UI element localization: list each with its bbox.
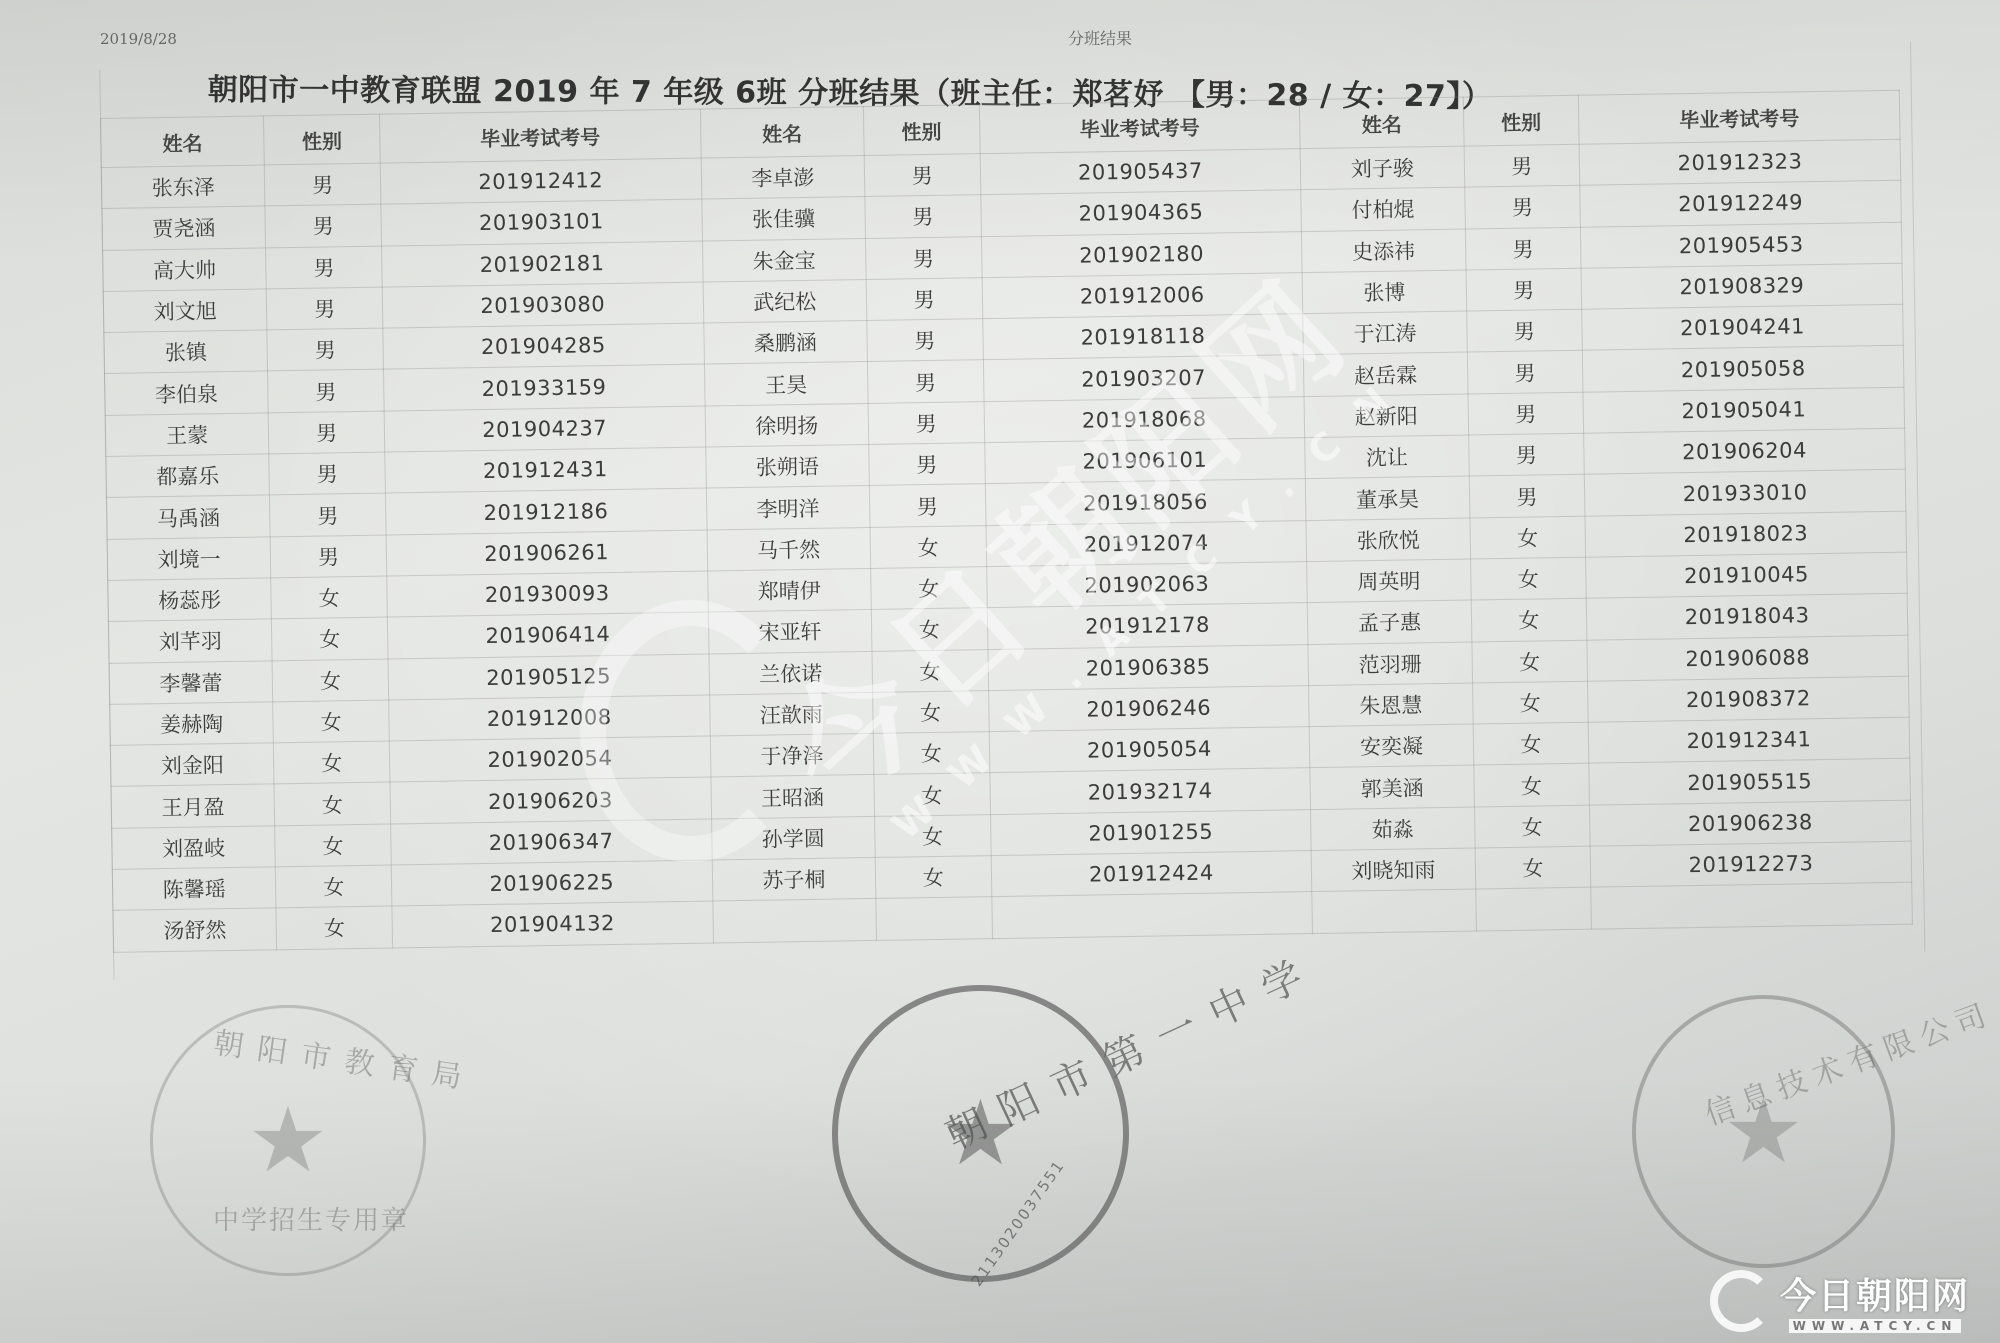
exam-id: 201912006 bbox=[982, 273, 1303, 319]
student-sex: 女 bbox=[1473, 764, 1589, 807]
exam-id: 201905453 bbox=[1581, 222, 1902, 268]
exam-id: 201912412 bbox=[380, 158, 701, 204]
student-name: 王昭涵 bbox=[711, 775, 875, 819]
student-sex: 女 bbox=[873, 732, 989, 775]
exam-id: 201906238 bbox=[1590, 800, 1911, 846]
exam-id: 201912178 bbox=[987, 603, 1308, 649]
brand-logo: 今日朝阳网 WWW.ATCY.CN bbox=[1710, 1268, 1970, 1333]
header-name-1: 姓名 bbox=[101, 116, 265, 168]
student-name: 茹淼 bbox=[1311, 807, 1475, 851]
student-name: 都嘉乐 bbox=[106, 454, 270, 498]
student-name: 刘芊羽 bbox=[108, 619, 272, 663]
exam-id: 201904237 bbox=[384, 406, 705, 452]
student-name: 郑晴伊 bbox=[707, 568, 871, 612]
exam-id: 201912186 bbox=[385, 488, 706, 534]
student-name: 付柏焜 bbox=[1301, 187, 1465, 231]
exam-id: 201912008 bbox=[389, 695, 710, 741]
exam-id: 201912074 bbox=[986, 520, 1307, 566]
exam-id: 201906414 bbox=[387, 612, 708, 658]
exam-id: 201905041 bbox=[1583, 387, 1904, 433]
exam-id: 201912424 bbox=[991, 851, 1312, 897]
header-exam-id-2: 毕业考试考号 bbox=[979, 100, 1300, 154]
print-header: 分班结果 bbox=[1068, 26, 1132, 49]
student-sex: 女 bbox=[271, 576, 387, 619]
student-sex: 女 bbox=[1470, 557, 1586, 600]
exam-id: 201932174 bbox=[989, 768, 1310, 814]
exam-id: 201905054 bbox=[989, 727, 1310, 773]
exam-id: 201905125 bbox=[388, 654, 709, 700]
student-sex: 男 bbox=[1468, 433, 1584, 476]
student-sex: 男 bbox=[1464, 186, 1580, 229]
student-name: 张朔语 bbox=[705, 445, 869, 489]
seal-no1-middle-school: 朝阳市第一中学 ★ 2113020037551 bbox=[832, 985, 1129, 1282]
student-sex: 女 bbox=[873, 690, 989, 733]
seal-1-text-bottom: 中学招生专用章 bbox=[213, 1200, 409, 1237]
exam-id: 201912431 bbox=[385, 447, 706, 493]
student-sex: 男 bbox=[1467, 351, 1583, 394]
student-name: 孟子惠 bbox=[1308, 600, 1472, 644]
student-sex: 女 bbox=[875, 814, 991, 857]
student-name: 安奕凝 bbox=[1309, 724, 1473, 768]
exam-id: 201904132 bbox=[392, 901, 713, 947]
student-sex: 男 bbox=[1466, 268, 1582, 311]
exam-id: 201906204 bbox=[1584, 428, 1905, 474]
student-sex: 女 bbox=[272, 659, 388, 702]
student-sex: 女 bbox=[274, 741, 390, 784]
student-sex: 男 bbox=[270, 493, 386, 536]
student-name: 李明洋 bbox=[706, 486, 870, 530]
seal-1-text-top: 朝阳市教育局 bbox=[211, 1018, 479, 1098]
student-sex: 女 bbox=[276, 906, 392, 949]
exam-id: 201906203 bbox=[390, 777, 711, 823]
student-name: 汤舒然 bbox=[113, 908, 277, 952]
student-sex: 男 bbox=[1464, 144, 1580, 187]
student-name: 李馨蕾 bbox=[109, 660, 273, 704]
student-name: 武纪松 bbox=[703, 279, 867, 323]
exam-id: 201918118 bbox=[982, 314, 1303, 360]
student-sex: 女 bbox=[275, 824, 391, 867]
exam-id: 201910045 bbox=[1586, 552, 1907, 598]
exam-id: 201904365 bbox=[980, 190, 1301, 236]
student-sex bbox=[1475, 888, 1591, 931]
student-sex: 女 bbox=[870, 525, 986, 568]
student-sex: 女 bbox=[1474, 805, 1590, 848]
exam-id: 201906347 bbox=[390, 819, 711, 865]
seal-education-bureau: 朝阳市教育局 ★ 中学招生专用章 bbox=[150, 1005, 426, 1276]
seal-info-tech-company: 信息技术有限公司 ★ bbox=[1632, 995, 1895, 1268]
exam-id: 201912323 bbox=[1579, 139, 1900, 185]
student-name: 李伯泉 bbox=[105, 371, 269, 415]
student-name: 于净泽 bbox=[710, 734, 874, 778]
exam-id: 201905437 bbox=[980, 149, 1301, 195]
student-name: 赵岳霖 bbox=[1304, 353, 1468, 397]
exam-id: 201904241 bbox=[1582, 304, 1903, 350]
exam-id: 201918023 bbox=[1585, 511, 1906, 557]
student-name: 张镇 bbox=[104, 330, 268, 374]
exam-id: 201908372 bbox=[1588, 676, 1909, 722]
exam-id: 201933159 bbox=[383, 365, 704, 411]
exam-id: 201906385 bbox=[987, 644, 1308, 690]
exam-id: 201903101 bbox=[381, 199, 702, 245]
class-roster-table: 姓名 性别 毕业考试考号 姓名 性别 毕业考试考号 姓名 性别 毕业考试考号 张… bbox=[100, 90, 1913, 953]
exam-id: 201905058 bbox=[1582, 346, 1903, 392]
student-name: 刘子骏 bbox=[1300, 146, 1464, 190]
student-name: 张东泽 bbox=[101, 165, 265, 209]
student-sex: 女 bbox=[872, 649, 988, 692]
header-exam-id-3: 毕业考试考号 bbox=[1578, 90, 1900, 144]
student-name: 张佳骥 bbox=[701, 197, 865, 241]
student-sex: 男 bbox=[1468, 392, 1584, 435]
student-name: 徐明扬 bbox=[705, 403, 869, 447]
student-name: 杨蕊彤 bbox=[108, 578, 272, 622]
student-name: 马禹涵 bbox=[106, 495, 270, 539]
student-name: 史添祎 bbox=[1302, 229, 1466, 273]
student-sex: 男 bbox=[869, 443, 985, 486]
student-sex: 男 bbox=[269, 452, 385, 495]
exam-id: 201930093 bbox=[387, 571, 708, 617]
student-name: 兰依诺 bbox=[709, 651, 873, 695]
brand-name: 今日朝阳网 bbox=[1780, 1268, 1970, 1319]
student-name: 周英明 bbox=[1307, 559, 1471, 603]
student-name: 董承昊 bbox=[1306, 476, 1470, 520]
student-name: 沈让 bbox=[1305, 435, 1469, 479]
exam-id: 201906225 bbox=[391, 860, 712, 906]
exam-id bbox=[991, 892, 1312, 938]
header-exam-id-1: 毕业考试考号 bbox=[379, 109, 700, 163]
student-name bbox=[1312, 889, 1476, 933]
student-name: 刘境一 bbox=[107, 537, 271, 581]
exam-id: 201908329 bbox=[1581, 263, 1902, 309]
student-name: 张博 bbox=[1302, 270, 1466, 314]
exam-id: 201903207 bbox=[983, 355, 1304, 401]
student-sex: 女 bbox=[871, 608, 987, 651]
student-name: 朱金宝 bbox=[702, 238, 866, 282]
student-name: 马千然 bbox=[707, 527, 871, 571]
student-name: 王月盈 bbox=[111, 784, 275, 828]
student-sex: 男 bbox=[866, 278, 982, 321]
student-sex: 男 bbox=[867, 319, 983, 362]
student-sex: 女 bbox=[272, 617, 388, 660]
print-date: 2019/8/28 bbox=[100, 30, 177, 48]
student-sex: 男 bbox=[270, 535, 386, 578]
student-name: 孙学圆 bbox=[711, 816, 875, 860]
student-name: 范羽珊 bbox=[1308, 642, 1472, 686]
exam-id: 201902181 bbox=[381, 241, 702, 287]
student-sex: 男 bbox=[865, 236, 981, 279]
student-sex: 男 bbox=[1466, 309, 1582, 352]
student-name: 王蒙 bbox=[105, 413, 269, 457]
student-sex: 女 bbox=[874, 773, 990, 816]
header-sex-3: 性别 bbox=[1463, 95, 1579, 146]
student-name: 刘晓知雨 bbox=[1311, 848, 1475, 892]
roster-sheet: 姓名 性别 毕业考试考号 姓名 性别 毕业考试考号 姓名 性别 毕业考试考号 张… bbox=[100, 89, 1943, 988]
exam-id: 201912341 bbox=[1588, 717, 1909, 763]
student-name: 赵新阳 bbox=[1304, 394, 1468, 438]
header-name-2: 姓名 bbox=[700, 107, 864, 159]
exam-id: 201918068 bbox=[984, 396, 1305, 442]
student-name: 陈馨瑶 bbox=[112, 867, 276, 911]
student-name: 苏子桐 bbox=[712, 857, 876, 901]
student-sex: 女 bbox=[875, 856, 991, 899]
exam-id: 201912249 bbox=[1580, 181, 1901, 227]
student-sex: 男 bbox=[268, 370, 384, 413]
student-name: 于江涛 bbox=[1303, 311, 1467, 355]
student-sex: 女 bbox=[1472, 681, 1588, 724]
exam-id: 201906101 bbox=[984, 438, 1305, 484]
student-sex: 女 bbox=[273, 700, 389, 743]
student-sex: 女 bbox=[871, 567, 987, 610]
student-name: 郭美涵 bbox=[1310, 765, 1474, 809]
student-name: 李卓澎 bbox=[701, 156, 865, 200]
exam-id: 201906261 bbox=[386, 530, 707, 576]
student-sex: 男 bbox=[868, 401, 984, 444]
student-name: 宋亚轩 bbox=[708, 610, 872, 654]
header-name-3: 姓名 bbox=[1300, 97, 1464, 149]
student-name: 朱恩慧 bbox=[1309, 683, 1473, 727]
student-sex: 男 bbox=[268, 411, 384, 454]
student-name bbox=[713, 899, 877, 943]
student-sex: 男 bbox=[864, 154, 980, 197]
exam-id: 201902054 bbox=[389, 736, 710, 782]
student-sex: 男 bbox=[867, 360, 983, 403]
student-sex: 女 bbox=[1470, 516, 1586, 559]
star-icon: ★ bbox=[248, 1096, 329, 1186]
exam-id: 201918043 bbox=[1586, 593, 1907, 639]
student-name: 贾尧涵 bbox=[102, 206, 266, 250]
student-sex: 男 bbox=[265, 163, 381, 206]
swirl-logo-icon bbox=[1710, 1270, 1772, 1332]
exam-id: 201906088 bbox=[1587, 635, 1908, 681]
header-sex-1: 性别 bbox=[264, 114, 380, 165]
student-name: 刘金阳 bbox=[110, 743, 274, 787]
brand-url: WWW.ATCY.CN bbox=[1789, 1319, 1962, 1333]
student-name: 刘盈岐 bbox=[112, 826, 276, 870]
student-sex: 男 bbox=[1465, 227, 1581, 270]
student-name: 张欣悦 bbox=[1306, 518, 1470, 562]
student-sex: 男 bbox=[1469, 475, 1585, 518]
student-name: 桑鹏涵 bbox=[703, 321, 867, 365]
student-sex: 女 bbox=[274, 782, 390, 825]
exam-id: 201912273 bbox=[1590, 841, 1911, 887]
student-sex: 男 bbox=[266, 246, 382, 289]
seal-3-text-top: 信息技术有限公司 bbox=[1698, 988, 1999, 1133]
student-sex: 男 bbox=[865, 195, 981, 238]
exam-id: 201933010 bbox=[1584, 470, 1905, 516]
student-sex: 女 bbox=[1475, 846, 1591, 889]
student-sex: 女 bbox=[1471, 598, 1587, 641]
student-name: 汪歆雨 bbox=[709, 692, 873, 736]
exam-id: 201901255 bbox=[990, 809, 1311, 855]
exam-id: 201904285 bbox=[383, 323, 704, 369]
exam-id bbox=[1591, 882, 1912, 928]
student-name: 高大帅 bbox=[103, 248, 267, 292]
exam-id: 201905515 bbox=[1589, 759, 1910, 805]
student-sex: 男 bbox=[265, 204, 381, 247]
student-sex: 男 bbox=[869, 484, 985, 527]
header-sex-2: 性别 bbox=[863, 105, 979, 156]
student-sex bbox=[876, 897, 992, 940]
exam-id: 201902063 bbox=[986, 562, 1307, 608]
exam-id: 201906246 bbox=[988, 685, 1309, 731]
student-sex: 女 bbox=[276, 865, 392, 908]
student-sex: 男 bbox=[267, 287, 383, 330]
exam-id: 201918056 bbox=[985, 479, 1306, 525]
student-name: 刘文旭 bbox=[103, 289, 267, 333]
student-sex: 男 bbox=[267, 328, 383, 371]
exam-id: 201903080 bbox=[382, 282, 703, 328]
student-sex: 女 bbox=[1471, 640, 1587, 683]
student-name: 王昊 bbox=[704, 362, 868, 406]
exam-id: 201902180 bbox=[981, 231, 1302, 277]
student-sex: 女 bbox=[1473, 722, 1589, 765]
student-name: 姜赫陶 bbox=[110, 702, 274, 746]
